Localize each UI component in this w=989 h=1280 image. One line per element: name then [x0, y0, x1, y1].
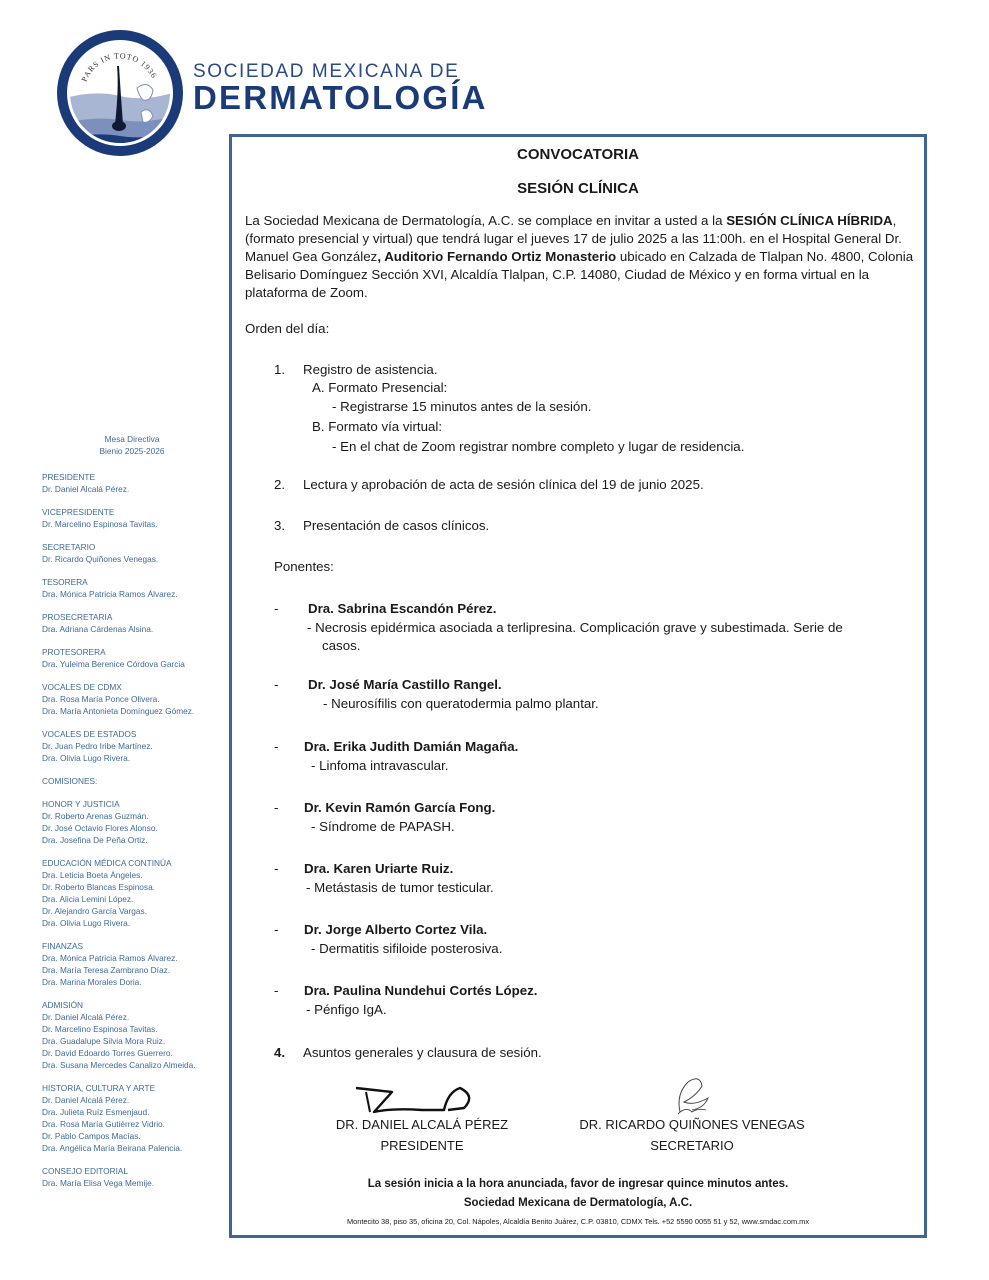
agenda-item-1-number: 1. [274, 361, 285, 379]
board-member: Dra. Angélica María Beirana Palencia. [42, 1142, 227, 1154]
venue-name: , Auditorio Fernando Ortiz Monasterio [377, 249, 616, 264]
board-group: FINANZASDra. Mónica Patricia Ramos Álvar… [42, 940, 227, 988]
board-group: COMISIONES: [42, 775, 227, 787]
board-group-title: HISTORIA, CULTURA Y ARTE [42, 1082, 227, 1094]
signatory-president-name: DR. DANIEL ALCALÁ PÉREZ [332, 1117, 512, 1132]
board-group: ADMISIÓNDr. Daniel Alcalá Pérez.Dr. Marc… [42, 999, 227, 1071]
board-member: Dr. Daniel Alcalá Pérez. [42, 1094, 227, 1106]
board-member: Dra. Adriana Cárdenas Alsina. [42, 623, 227, 635]
signatory-secretary-role: SECRETARIO [577, 1138, 807, 1153]
speaker-bullet: - [274, 676, 278, 694]
board-member: Dr. Ricardo Quiñones Venegas. [42, 553, 227, 565]
board-member: Dra. María Elisa Vega Memije. [42, 1177, 227, 1189]
board-member: Dra. María Antonieta Domínguez Gómez. [42, 705, 227, 717]
board-group: HONOR Y JUSTICIADr. Roberto Arenas Guzmá… [42, 798, 227, 846]
speaker-bullet: - [274, 860, 278, 878]
speaker-bullet: - [274, 738, 278, 756]
agenda-item-3: Presentación de casos clínicos. [303, 517, 489, 535]
speaker-topic-continued: casos. [322, 637, 360, 655]
board-group: PROSECRETARIADra. Adriana Cárdenas Alsin… [42, 611, 227, 635]
board-group-title: COMISIONES: [42, 775, 227, 787]
footer-notice: La sesión inicia a la hora anunciada, fa… [232, 1178, 924, 1190]
speaker-name: Dra. Erika Judith Damián Magaña. [304, 738, 518, 756]
footer-organization: Sociedad Mexicana de Dermatología, A.C. [232, 1197, 924, 1209]
board-group-title: PRESIDENTE [42, 471, 227, 483]
board-group: VICEPRESIDENTEDr. Marcelino Espinosa Tav… [42, 506, 227, 530]
board-member: Dra. Julieta Ruíz Esmenjaud. [42, 1106, 227, 1118]
board-group-title: VICEPRESIDENTE [42, 506, 227, 518]
speaker-topic: - Linfoma intravascular. [311, 757, 448, 775]
board-group-title: HONOR Y JUSTICIA [42, 798, 227, 810]
board-member: Dr. Pablo Campos Macías. [42, 1130, 227, 1142]
board-heading-term: Bienio 2025-2026 [42, 445, 222, 457]
society-logo-wordmark: SOCIEDAD MEXICANA DE DERMATOLOGÍA [193, 62, 488, 115]
agenda-item-3-number: 3. [274, 517, 285, 535]
board-member: Dra. Guadalupe Silvia Mora Ruiz. [42, 1035, 227, 1047]
speaker-topic: - Necrosis epidérmica asociada a terlipr… [307, 619, 843, 637]
board-member: Dra. Susana Mercedes Canalizo Almeida. [42, 1059, 227, 1071]
speaker-topic: - Metástasis de tumor testicular. [306, 879, 494, 897]
speaker-name: Dr. José María Castillo Rangel. [308, 676, 502, 694]
speaker-bullet: - [274, 600, 278, 618]
speaker-bullet: - [274, 799, 278, 817]
board-group-title: VOCALES DE CDMX [42, 681, 227, 693]
board-directory-sidebar: Mesa Directiva Bienio 2025-2026 PRESIDEN… [42, 433, 227, 1200]
speaker-name: Dra. Karen Uriarte Ruiz. [304, 860, 453, 878]
board-member: Dr. Roberto Blancas Espinosa. [42, 881, 227, 893]
board-group-title: VOCALES DE ESTADOS [42, 728, 227, 740]
speaker-topic: - Síndrome de PAPASH. [311, 818, 455, 836]
board-group: TESORERADra. Mónica Patricia Ramos Álvar… [42, 576, 227, 600]
board-member: Dra. María Teresa Zambrano Díaz. [42, 964, 227, 976]
board-member: Dra. Mónica Patricia Ramos Álvarez. [42, 588, 227, 600]
board-heading-title: Mesa Directiva [42, 433, 222, 445]
agenda-label: Orden del día: [245, 321, 329, 336]
society-logo-seal: PARS IN TOTO 1936 [55, 28, 185, 158]
board-group: VOCALES DE ESTADOSDr. Juan Pedro Iribe M… [42, 728, 227, 764]
agenda-item-1a: A. Formato Presencial: [312, 379, 447, 397]
speaker-bullet: - [274, 982, 278, 1000]
agenda-item-1b-detail: - En el chat de Zoom registrar nombre co… [332, 438, 744, 456]
board-member: Dr. Marcelino Espinosa Tavitas. [42, 518, 227, 530]
board-member: Dra. Rosa María Ponce Olivera. [42, 693, 227, 705]
agenda-item-1: Registro de asistencia. [303, 361, 438, 379]
board-member: Dra. Olivia Lugo Rivera. [42, 917, 227, 929]
agenda-item-2-number: 2. [274, 476, 285, 494]
signatory-president-role: PRESIDENTE [332, 1138, 512, 1153]
board-heading: Mesa Directiva Bienio 2025-2026 [42, 433, 222, 457]
board-group-title: PROTESORERA [42, 646, 227, 658]
agenda-item-2: Lectura y aprobación de acta de sesión c… [303, 476, 704, 494]
board-group-title: EDUCACIÓN MÉDICA CONTINÚA [42, 857, 227, 869]
speaker-topic: - Dermatitis sifiloide posterosiva. [311, 940, 502, 958]
board-group-title: ADMISIÓN [42, 999, 227, 1011]
board-group-title: SECRETARIO [42, 541, 227, 553]
board-member: Dr. Daniel Alcalá Pérez. [42, 1011, 227, 1023]
agenda-item-4-number: 4. [274, 1044, 285, 1062]
board-member: Dr. David Edoardo Torres Guerrero. [42, 1047, 227, 1059]
board-member: Dra. Yuleima Berenice Córdova Garcia [42, 658, 227, 670]
intro-paragraph: La Sociedad Mexicana de Dermatología, A.… [245, 212, 915, 302]
board-member: Dra. Marina Morales Doria. [42, 976, 227, 988]
board-member: Dra. Alicia Lemini López. [42, 893, 227, 905]
agenda-item-1b: B. Formato vía virtual: [312, 418, 442, 436]
speaker-name: Dra. Sabrina Escandón Pérez. [308, 600, 496, 618]
doc-title-convocatoria: CONVOCATORIA [232, 146, 924, 163]
board-group: SECRETARIODr. Ricardo Quiñones Venegas. [42, 541, 227, 565]
board-member: Dr. Juan Pedro Iribe Martínez. [42, 740, 227, 752]
board-member: Dra. Olivia Lugo Rivera. [42, 752, 227, 764]
footer-address: Montecito 38, piso 35, oficina 20, Col. … [232, 1217, 924, 1226]
board-member: Dra. Mónica Patricia Ramos Álvarez. [42, 952, 227, 964]
speaker-topic: - Neurosífilis con queratodermia palmo p… [323, 695, 599, 713]
board-group-title: TESORERA [42, 576, 227, 588]
board-group: CONSEJO EDITORIALDra. María Elisa Vega M… [42, 1165, 227, 1189]
board-group: PROTESORERADra. Yuleima Berenice Córdova… [42, 646, 227, 670]
speaker-bullet: - [274, 921, 278, 939]
board-member: Dr. José Octavio Flores Alonso. [42, 822, 227, 834]
board-member: Dra. Josefina De Peña Ortiz. [42, 834, 227, 846]
speaker-name: Dr. Jorge Alberto Cortez Vila. [304, 921, 487, 939]
speaker-topic: - Pénfigo IgA. [306, 1001, 387, 1019]
board-group-title: CONSEJO EDITORIAL [42, 1165, 227, 1177]
doc-title-sesion-clinica: SESIÓN CLÍNICA [232, 180, 924, 197]
board-member: Dra. Leticia Boeta Ángeles. [42, 869, 227, 881]
board-member: Dr. Alejandro García Vargas. [42, 905, 227, 917]
speakers-label: Ponentes: [274, 558, 334, 576]
signature-secretary-scribble [670, 1072, 714, 1123]
board-member: Dr. Daniel Alcalá Pérez. [42, 483, 227, 495]
board-group-title: FINANZAS [42, 940, 227, 952]
logo-line-dermatologia: DERMATOLOGÍA [193, 81, 488, 115]
agenda-item-1a-detail: - Registrarse 15 minutos antes de la ses… [332, 398, 591, 416]
agenda-item-4: Asuntos generales y clausura de sesión. [303, 1044, 542, 1062]
speaker-name: Dr. Kevin Ramón García Fong. [304, 799, 495, 817]
board-group: HISTORIA, CULTURA Y ARTEDr. Daniel Alcal… [42, 1082, 227, 1154]
board-member: Dr. Marcelino Espinosa Tavitas. [42, 1023, 227, 1035]
session-type: SESIÓN CLÍNICA HÍBRIDA [726, 213, 892, 228]
board-group: EDUCACIÓN MÉDICA CONTINÚADra. Leticia Bo… [42, 857, 227, 929]
speaker-name: Dra. Paulina Nundehui Cortés López. [304, 982, 537, 1000]
board-groups: PRESIDENTEDr. Daniel Alcalá Pérez.VICEPR… [42, 471, 227, 1189]
board-group-title: PROSECRETARIA [42, 611, 227, 623]
board-member: Dra. Rosa María Gutiérrez Vidrio. [42, 1118, 227, 1130]
invitation-frame: CONVOCATORIA SESIÓN CLÍNICA La Sociedad … [229, 134, 927, 1238]
board-group: VOCALES DE CDMXDra. Rosa María Ponce Oli… [42, 681, 227, 717]
signatory-secretary-name: DR. RICARDO QUIÑONES VENEGAS [577, 1117, 807, 1132]
board-group: PRESIDENTEDr. Daniel Alcalá Pérez. [42, 471, 227, 495]
board-member: Dr. Roberto Arenas Guzmán. [42, 810, 227, 822]
